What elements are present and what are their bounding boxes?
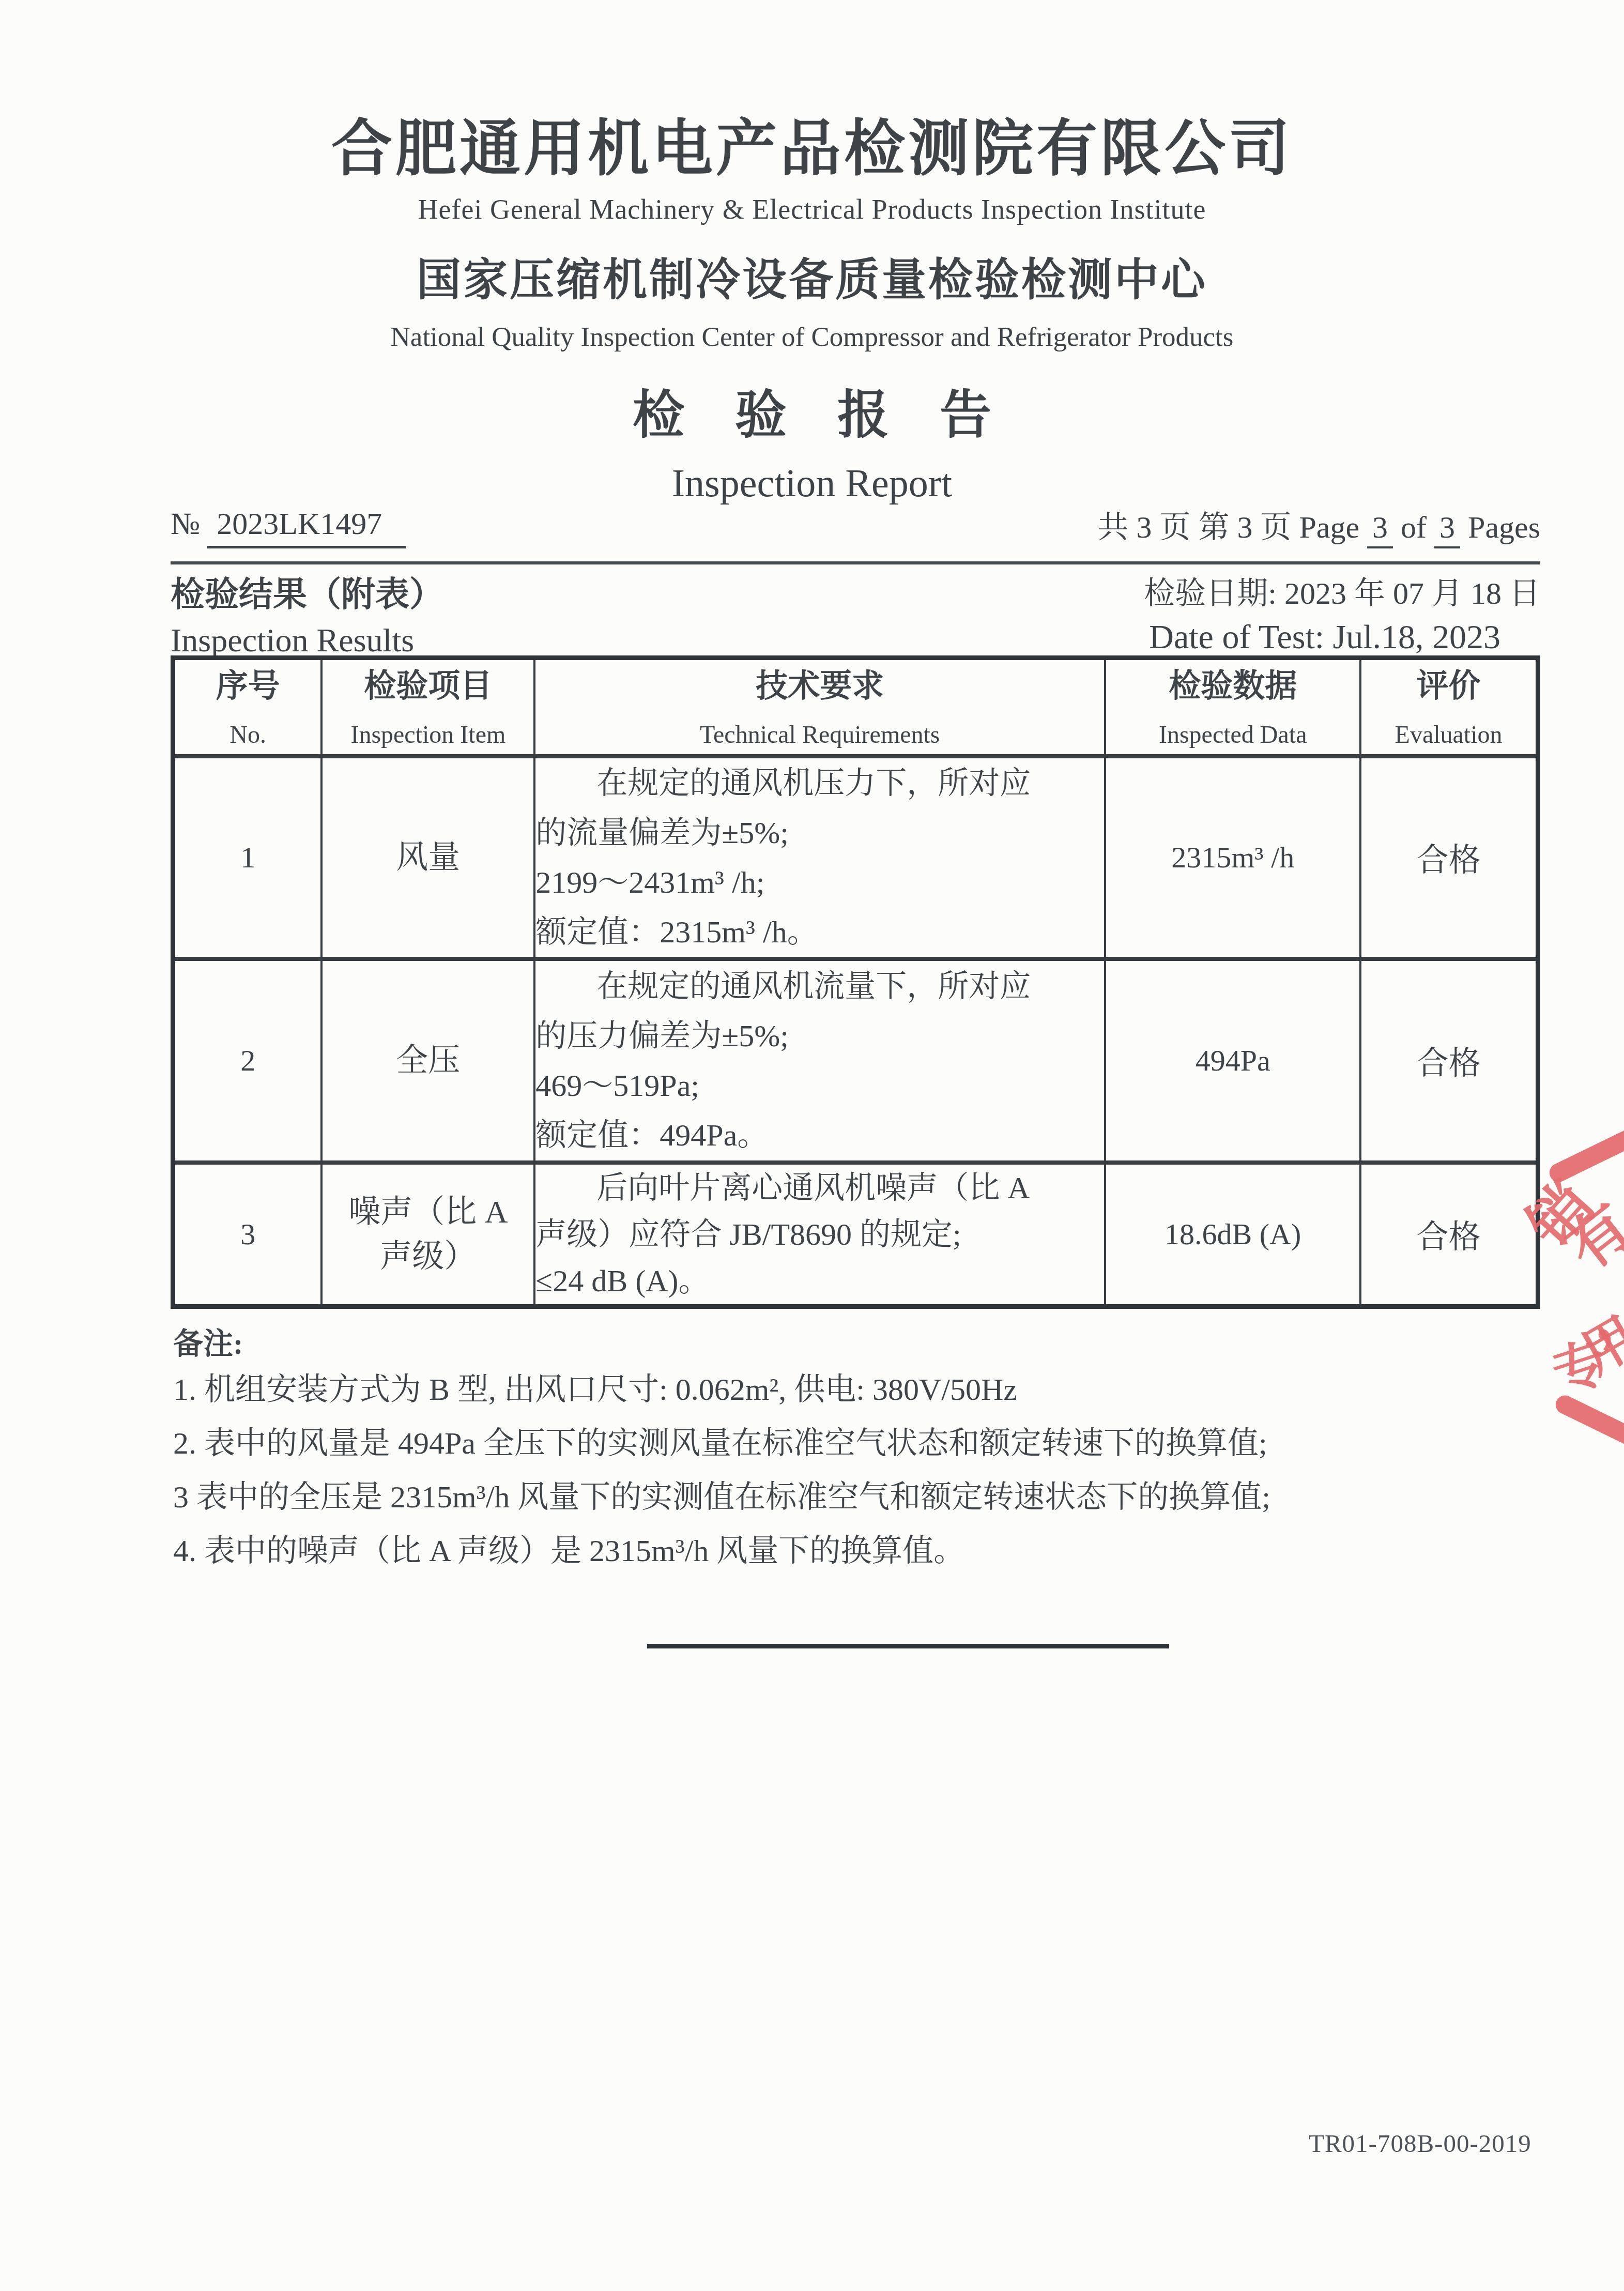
page-label: Page [1299,510,1359,544]
cell-tech-2: 在规定的通风机流量下，所对应 的压力偏差为±5%; 469～519Pa; 额定值… [534,959,1105,1163]
remark-item-2: 2. 表中的风量是 494Pa 全压下的实测风量在标准空气状态和额定转速下的换算… [173,1416,1579,1470]
tech-line: ≤24 dB (A)。 [535,1258,1104,1304]
tech-line: 声级）应符合 JB/T8690 的规定; [535,1211,1104,1258]
cell-eval-1: 合格 [1360,756,1538,959]
header-block: 合肥通用机电产品检测院有限公司 Hefei General Machinery … [0,113,1624,506]
item-line: 风量 [323,835,533,880]
remarks-label: 备注: [173,1319,1579,1363]
report-no-label: № [171,507,200,541]
cell-eval-3: 合格 [1360,1163,1538,1307]
item-line: 噪声（比 A [323,1190,533,1234]
results-row: 检验结果（附表） Inspection Results 检验日期: 2023 年… [171,573,1540,660]
pages-word: Pages [1468,510,1540,544]
cell-item-1: 风量 [321,756,534,959]
table-row-1: 1 风量 在规定的通风机压力下，所对应 的流量偏差为±5%; 2199～2431… [173,756,1538,959]
mid-divider [647,1644,1169,1648]
cell-eval-2: 合格 [1360,959,1538,1163]
meta-row: №2023LK1497 共 3 页 第 3 页 Page 3 of 3 Page… [171,502,1540,548]
page-counter: 共 3 页 第 3 页 Page 3 of 3 Pages [1097,502,1540,548]
stamp-arc-top [1546,1116,1624,1185]
tech-line: 469～519Pa; [535,1061,1104,1110]
cell-no-2: 2 [173,959,322,1163]
tech-line: 额定值：494Pa。 [535,1110,1104,1160]
tech-line: 额定值：2315m³ /h。 [535,907,1104,957]
tech-line: 的流量偏差为±5%; [535,808,1104,858]
col-header-item-zh: 检验项目 [323,665,533,704]
center-title-zh: 国家压缩机制冷设备质量检验检测中心 [0,244,1624,308]
col-header-eval: 评价 Evaluation [1360,658,1538,756]
col-header-tech: 技术要求 Technical Requirements [534,658,1105,756]
remark-item-4: 4. 表中的噪声（比 A 声级）是 2315m³/h 风量下的换算值。 [173,1524,1579,1578]
results-title: 检验结果（附表） Inspection Results [171,573,443,660]
col-header-no-zh: 序号 [175,665,320,704]
item-line: 声级） [323,1234,533,1279]
cell-data-3: 18.6dB (A) [1105,1163,1360,1307]
org-title-zh: 合肥通用机电产品检测院有限公司 [0,113,1624,186]
col-header-no-en: No. [175,722,320,749]
report-title-zh: 检验报告 [25,373,1624,448]
test-date-en: Date of Test: Jul.18, 2023 [1144,618,1540,657]
remark-item-3: 3 表中的全压是 2315m³/h 风量下的实测值在标准空气和额定转速状态下的换… [173,1470,1579,1524]
cell-no-1: 1 [173,756,322,959]
cell-data-1: 2315m³ /h [1105,756,1360,959]
col-header-eval-en: Evaluation [1361,722,1536,749]
col-header-tech-en: Technical Requirements [535,722,1104,749]
col-header-data-en: Inspected Data [1106,722,1359,749]
tech-line: 在规定的通风机压力下，所对应 [535,758,1104,808]
center-title-en: National Quality Inspection Center of Co… [0,322,1624,353]
col-header-tech-zh: 技术要求 [535,665,1104,704]
col-header-item: 检验项目 Inspection Item [321,658,534,756]
cell-tech-1: 在规定的通风机压力下，所对应 的流量偏差为±5%; 2199～2431m³ /h… [534,756,1105,959]
of-label: of [1401,510,1427,544]
cell-item-3: 噪声（比 A 声级） [321,1163,534,1307]
tech-line: 在规定的通风机流量下，所对应 [535,961,1104,1011]
results-title-en: Inspection Results [171,621,443,660]
tech-line: 后向叶片离心通风机噪声（比 A [535,1165,1104,1211]
table-header-row: 序号 No. 检验项目 Inspection Item 技术要求 Technic… [173,658,1538,756]
cell-data-2: 494Pa [1105,959,1360,1163]
doc-code: TR01-708B-00-2019 [1309,2129,1531,2158]
divider-rule [171,561,1540,564]
report-no: №2023LK1497 [171,506,406,548]
org-title-en: Hefei General Machinery & Electrical Pro… [0,193,1624,225]
page-total: 3 [1434,510,1460,548]
tech-line: 的压力偏差为±5%; [535,1011,1104,1061]
test-date-zh: 检验日期: 2023 年 07 月 18 日 [1144,573,1540,615]
item-line: 全压 [323,1038,533,1083]
report-title-en: Inspection Report [0,461,1624,506]
cell-no-3: 3 [173,1163,322,1307]
inspection-report-page: 合肥通用机电产品检测院有限公司 Hefei General Machinery … [0,0,1624,2291]
table-row-3: 3 噪声（比 A 声级） 后向叶片离心通风机噪声（比 A 声级）应符合 JB/T… [173,1163,1538,1307]
col-header-data-zh: 检验数据 [1106,665,1359,704]
cell-tech-3: 后向叶片离心通风机噪声（比 A 声级）应符合 JB/T8690 的规定; ≤24… [534,1163,1105,1307]
report-no-value: 2023LK1497 [207,506,406,548]
table-row-2: 2 全压 在规定的通风机流量下，所对应 的压力偏差为±5%; 469～519Pa… [173,959,1538,1163]
results-table: 序号 No. 检验项目 Inspection Item 技术要求 Technic… [171,655,1540,1309]
remark-item-1: 1. 机组安装方式为 B 型, 出风口尺寸: 0.062m², 供电: 380V… [173,1363,1579,1416]
cell-item-2: 全压 [321,959,534,1163]
stamp-char: 有 [1544,1180,1624,1287]
results-title-zh: 检验结果（附表） [171,573,443,617]
col-header-data: 检验数据 Inspected Data [1105,658,1360,756]
pages-zh: 共 3 页 第 3 页 [1097,510,1291,544]
tech-line: 2199～2431m³ /h; [535,858,1104,907]
col-header-no: 序号 No. [173,658,322,756]
col-header-eval-zh: 评价 [1361,665,1536,704]
page-current: 3 [1367,510,1393,548]
col-header-item-en: Inspection Item [323,722,533,749]
test-date: 检验日期: 2023 年 07 月 18 日 Date of Test: Jul… [1144,573,1540,660]
remarks-section: 备注: 1. 机组安装方式为 B 型, 出风口尺寸: 0.062m², 供电: … [173,1319,1579,1578]
